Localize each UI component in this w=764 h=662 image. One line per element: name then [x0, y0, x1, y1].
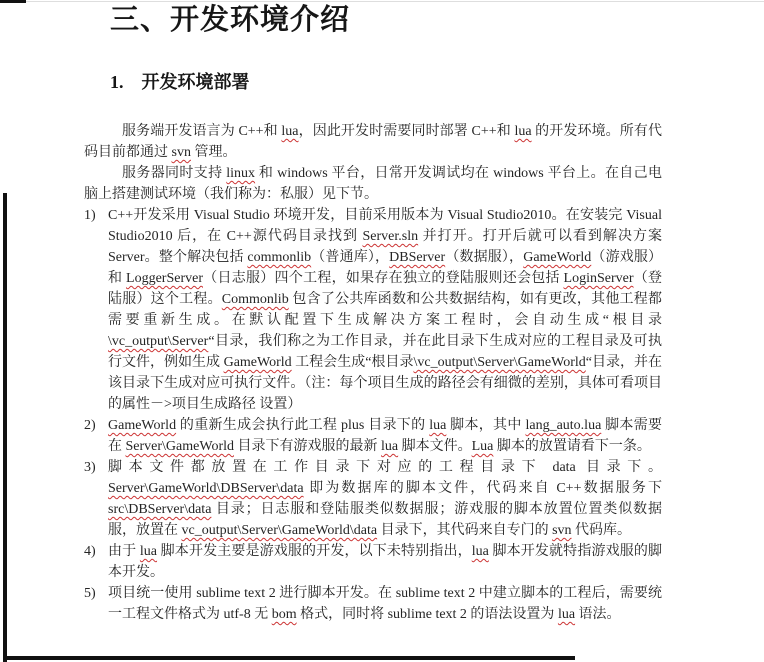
text-run: 脚本，其中	[446, 418, 525, 433]
paragraph-2: 服务器同时支持 linux 和 windows 平台，日常开发调试均在 wind…	[84, 163, 662, 205]
section-heading: 1.开发环境部署	[110, 70, 250, 94]
spellcheck-underlined-word: commonlib	[247, 250, 311, 265]
spellcheck-underlined-word: Server\GameWorld	[126, 439, 235, 454]
text-run: 脚本的放置请看下一条。	[493, 439, 651, 454]
page-corner-mark	[0, 0, 26, 3]
spellcheck-underlined-word: GameWorld	[523, 250, 591, 265]
text-run: 的重新生成会执行此工程 plus 目录下的	[176, 418, 429, 433]
spellcheck-underlined-word: svn	[172, 145, 191, 160]
list-item-5: 5) 项目统一使用 sublime text 2 进行脚本开发。在 sublim…	[84, 583, 662, 625]
spellcheck-underlined-word: Server.sln	[363, 229, 419, 244]
list-item-text: GameWorld 的重新生成会执行此工程 plus 目录下的 lua 脚本，其…	[108, 415, 662, 457]
spellcheck-underlined-word: LoggerServer	[126, 271, 203, 286]
paragraph-1: 服务端开发语言为 C++和 lua，因此开发时需要同时部署 C++和 lua 的…	[84, 121, 662, 163]
list-item-1: 1) C++开发采用 Visual Studio 环境开发，目前采用版本为 Vi…	[84, 205, 662, 415]
spellcheck-underlined-word: bom	[272, 607, 297, 622]
text-run: 脚本文件。	[398, 439, 472, 454]
spellcheck-underlined-word: \vc_output\Server\GameWorld	[413, 355, 585, 370]
spellcheck-underlined-word: Lua	[472, 439, 494, 454]
spellcheck-underlined-word: linux	[226, 166, 255, 181]
text-run: 语法。	[575, 607, 621, 622]
list-item-text: 项目统一使用 sublime text 2 进行脚本开发。在 sublime t…	[108, 583, 662, 625]
list-item-2: 2) GameWorld 的重新生成会执行此工程 plus 目录下的 lua 脚…	[84, 415, 662, 457]
list-item-number: 1)	[84, 205, 108, 415]
list-item-number: 4)	[84, 541, 108, 583]
list-item-4: 4) 由于 lua 脚本开发主要是游戏服的开发，以下未特别指出，lua 脚本开发…	[84, 541, 662, 583]
text-run: 服务端开发语言为 C++和	[122, 124, 281, 139]
text-run: 即为数据库的脚本文件，代码来自 C++数据服务下	[304, 481, 662, 496]
text-run: （普通库），	[311, 250, 389, 265]
list-item-text: C++开发采用 Visual Studio 环境开发，目前采用版本为 Visua…	[108, 205, 662, 415]
list-item-3: 3) 脚本文件都放置在工作目录下对应的工程目录下 data 目录下。Server…	[84, 457, 662, 541]
spellcheck-underlined-word: Commonlib	[222, 292, 289, 307]
spellcheck-underlined-word: DBServer	[389, 250, 445, 265]
document-title: 三、开发环境介绍	[110, 2, 350, 38]
spellcheck-underlined-word: Server\GameWorld\DBServer\data	[108, 481, 304, 496]
text-run: 由于	[108, 544, 140, 559]
page-bottom-border	[3, 656, 575, 660]
list-item-number: 2)	[84, 415, 108, 457]
spellcheck-underlined-word: svn	[552, 523, 571, 538]
spellcheck-underlined-word: lua	[472, 544, 489, 559]
section-heading-text: 开发环境部署	[142, 72, 250, 92]
spellcheck-underlined-word: lang_auto.lua	[525, 418, 601, 433]
section-heading-number: 1.	[110, 70, 124, 94]
text-run: （数据服），	[445, 250, 523, 265]
text-run: 目录下，其代码来自专门的	[377, 523, 552, 538]
text-run: 服务器同时支持	[122, 166, 226, 181]
text-run: 工程会生成“根目录	[292, 355, 414, 370]
spellcheck-underlined-word: src\DBServer\data	[108, 502, 211, 517]
page-left-border	[3, 193, 7, 662]
spellcheck-underlined-word: GameWorld	[108, 418, 176, 433]
spellcheck-underlined-word: lua	[429, 418, 446, 433]
spellcheck-underlined-word: lua	[558, 607, 575, 622]
spellcheck-underlined-word: LoginServer	[564, 271, 634, 286]
spellcheck-underlined-word: lua	[514, 124, 531, 139]
text-run: 脚本文件都放置在工作目录下对应的工程目录下 data 目录下。	[108, 460, 662, 475]
document-body: 服务端开发语言为 C++和 lua，因此开发时需要同时部署 C++和 lua 的…	[84, 121, 662, 625]
spellcheck-underlined-word: lua	[281, 124, 298, 139]
text-run: （日志服）四个工程，如果存在独立的登陆服则还会包括	[203, 271, 564, 286]
spellcheck-underlined-word: GameWorld	[224, 355, 292, 370]
text-run: 管理。	[191, 145, 237, 160]
list-item-text: 由于 lua 脚本开发主要是游戏服的开发，以下未特别指出，lua 脚本开发就特指…	[108, 541, 662, 583]
text-run: 脚本开发主要是游戏服的开发，以下未特别指出，	[157, 544, 472, 559]
text-run: 目录下有游戏服的最新	[234, 439, 381, 454]
spellcheck-underlined-word: vc_output\Server\GameWorld\data	[182, 523, 378, 538]
spellcheck-underlined-word: lua	[140, 544, 157, 559]
list-item-number: 3)	[84, 457, 108, 541]
list-item-number: 5)	[84, 583, 108, 625]
text-run: 格式，同时将 sublime text 2 的语法设置为	[297, 607, 558, 622]
text-run: ，因此开发时需要同时部署 C++和	[299, 124, 515, 139]
spellcheck-underlined-word: lua	[381, 439, 398, 454]
list-item-text: 脚本文件都放置在工作目录下对应的工程目录下 data 目录下。Server\Ga…	[108, 457, 662, 541]
spellcheck-underlined-word: \vc_output\Server	[108, 334, 208, 349]
text-run: 代码库。	[572, 523, 632, 538]
